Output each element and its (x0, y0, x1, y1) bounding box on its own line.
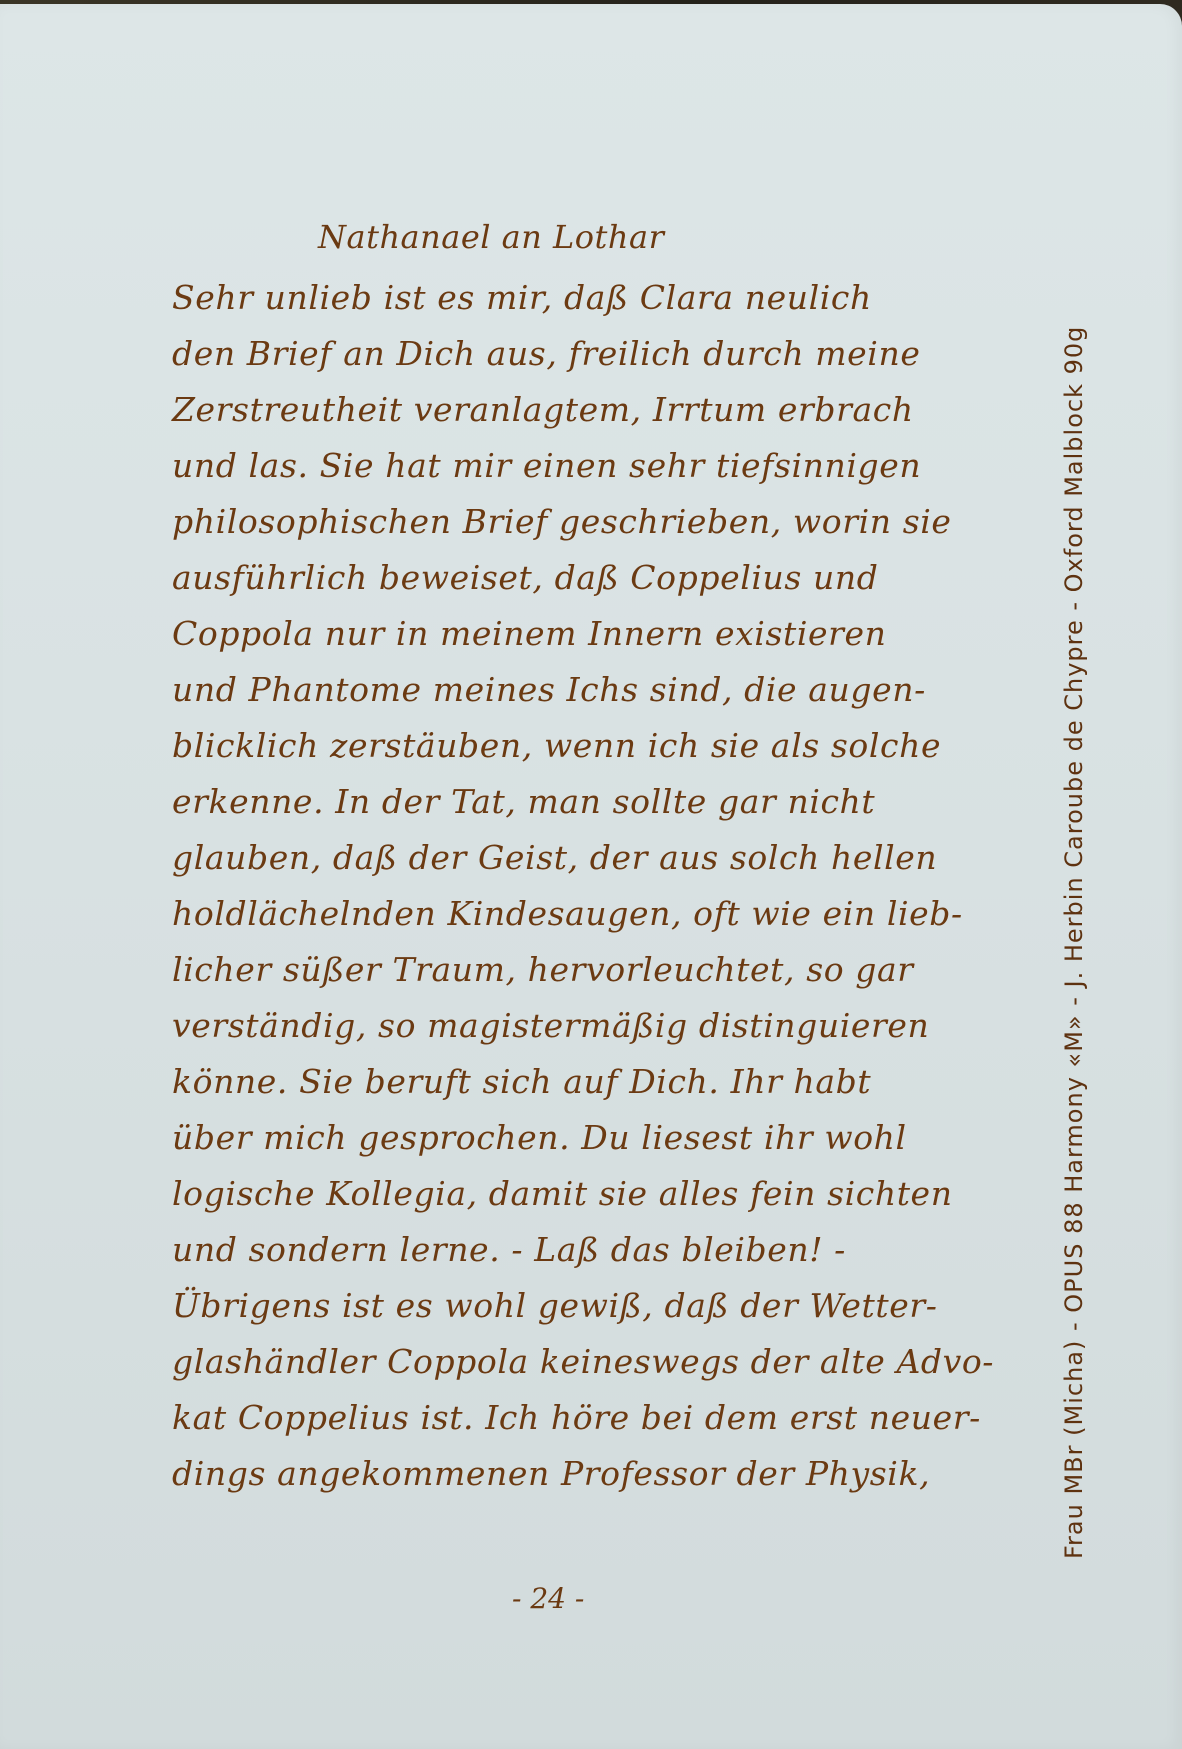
page-number: - 24 - (512, 1582, 584, 1615)
text-line: und Phantome meines Ichs sind, die augen… (172, 662, 1002, 718)
text-line: ausführlich beweiset, daß Coppelius und (172, 550, 1002, 606)
text-line: Sehr unlieb ist es mir, daß Clara neulic… (172, 270, 1002, 326)
text-line: Übrigens ist es wohl gewiß, daß der Wett… (172, 1278, 1002, 1334)
margin-note-vertical: Frau MBr (Micha) - OPUS 88 Harmony «M» -… (1060, 326, 1088, 1559)
text-line: könne. Sie beruft sich auf Dich. Ihr hab… (172, 1054, 1002, 1110)
text-line: logische Kollegia, damit sie alles fein … (172, 1166, 1002, 1222)
handwritten-page: Nathanael an Lothar Sehr unlieb ist es m… (0, 4, 1182, 1749)
letter-body: Sehr unlieb ist es mir, daß Clara neulic… (172, 270, 1002, 1502)
text-line: blicklich zerstäuben, wenn ich sie als s… (172, 718, 1002, 774)
text-line: kat Coppelius ist. Ich höre bei dem erst… (172, 1390, 1002, 1446)
text-line: dings angekommenen Professor der Physik, (172, 1446, 1002, 1502)
text-line: und las. Sie hat mir einen sehr tiefsinn… (172, 438, 1002, 494)
text-line: Zerstreutheit veranlagtem, Irrtum erbrac… (172, 382, 1002, 438)
text-line: glauben, daß der Geist, der aus solch he… (172, 830, 1002, 886)
text-line: verständig, so magistermäßig distinguier… (172, 998, 1002, 1054)
text-line: und sondern lerne. - Laß das bleiben! - (172, 1222, 1002, 1278)
letter-title: Nathanael an Lothar (318, 218, 664, 256)
text-line: über mich gesprochen. Du liesest ihr woh… (172, 1110, 1002, 1166)
text-line: philosophischen Brief geschrieben, worin… (172, 494, 1002, 550)
text-line: licher süßer Traum, hervorleuchtet, so g… (172, 942, 1002, 998)
text-line: Coppola nur in meinem Innern existieren (172, 606, 1002, 662)
text-line: glashändler Coppola keineswegs der alte … (172, 1334, 1002, 1390)
text-line: erkenne. In der Tat, man sollte gar nich… (172, 774, 1002, 830)
text-line: holdlächelnden Kindesaugen, oft wie ein … (172, 886, 1002, 942)
text-line: den Brief an Dich aus, freilich durch me… (172, 326, 1002, 382)
